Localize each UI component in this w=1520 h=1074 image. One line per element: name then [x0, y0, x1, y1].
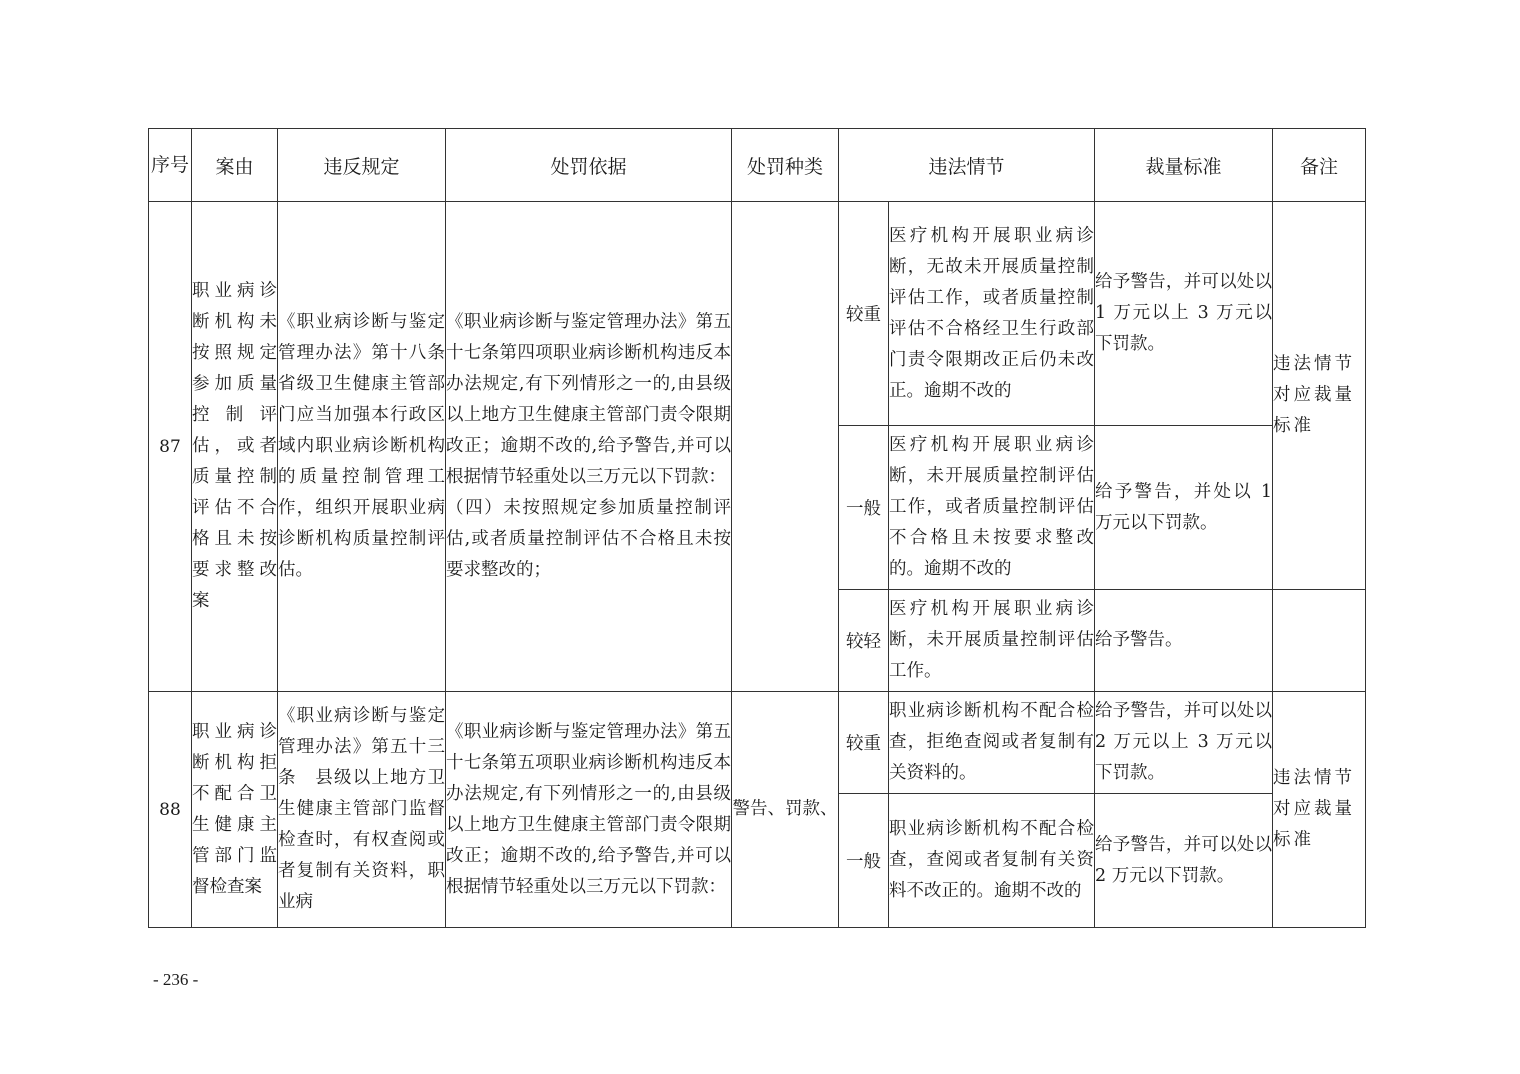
cause-cell: 职业病诊断机构拒不配合卫生健康主管部门监督检查案	[192, 692, 278, 928]
header-discretion-standard: 裁量标准	[1095, 129, 1273, 202]
circumstance-cell: 医疗机构开展职业病诊断，未开展质量控制评估工作，或者质量控制评估不合格且未按要求…	[889, 426, 1095, 590]
severity-level: 一般	[839, 426, 889, 590]
standard-cell: 给予警告，并处以 1 万元以下罚款。	[1095, 426, 1273, 590]
severity-level: 一般	[839, 794, 889, 928]
circumstance-cell: 职业病诊断机构不配合检查，拒绝查阅或者复制有关资料的。	[889, 692, 1095, 794]
standard-cell: 给予警告。	[1095, 590, 1273, 692]
header-penalty-type: 处罚种类	[732, 129, 839, 202]
header-penalty-basis: 处罚依据	[446, 129, 732, 202]
severity-level: 较重	[839, 692, 889, 794]
standard-cell: 给予警告，并可以处以 1 万元以上 3 万元以下罚款。	[1095, 202, 1273, 426]
circumstance-cell: 职业病诊断机构不配合检查，查阅或者复制有关资料不改正的。逾期不改的	[889, 794, 1095, 928]
circumstance-cell: 医疗机构开展职业病诊断，无故未开展质量控制评估工作，或者质量控制评估不合格经卫生…	[889, 202, 1095, 426]
standard-cell: 给予警告，并可以处以 2 万元以下罚款。	[1095, 794, 1273, 928]
remarks-cell: 违法情节对应裁量标准	[1273, 692, 1366, 928]
header-violated-rule: 违反规定	[278, 129, 446, 202]
remarks-cell: 违法情节对应裁量标准	[1273, 202, 1366, 590]
penalty-type-cell	[732, 202, 839, 692]
header-cause: 案由	[192, 129, 278, 202]
penalty-type-cell: 警告、罚款、	[732, 692, 839, 928]
header-remarks: 备注	[1273, 129, 1366, 202]
penalty-basis-cell: 《职业病诊断与鉴定管理办法》第五十七条第四项职业病诊断机构违反本办法规定,有下列…	[446, 202, 732, 692]
table-row: 87 职业病诊断机构未按照规定参加质量控制评估，或者质量控制评估不合格且未按要求…	[149, 202, 1366, 426]
header-circumstances: 违法情节	[839, 129, 1095, 202]
table-header-row: 序号 案由 违反规定 处罚依据 处罚种类 违法情节 裁量标准 备注	[149, 129, 1366, 202]
standard-cell: 给予警告，并可以处以 2 万元以上 3 万元以下罚款。	[1095, 692, 1273, 794]
table-row: 88 职业病诊断机构拒不配合卫生健康主管部门监督检查案 《职业病诊断与鉴定管理办…	[149, 692, 1366, 794]
seq-cell: 87	[149, 202, 192, 692]
header-seq: 序号	[149, 129, 192, 202]
violated-rule-cell: 《职业病诊断与鉴定管理办法》第十八条 省级卫生健康主管部门应当加强本行政区域内职…	[278, 202, 446, 692]
penalty-discretion-table: 序号 案由 违反规定 处罚依据 处罚种类 违法情节 裁量标准 备注 87 职业病…	[148, 128, 1366, 928]
seq-cell: 88	[149, 692, 192, 928]
cause-cell: 职业病诊断机构未按照规定参加质量控制评估，或者质量控制评估不合格且未按要求整改案	[192, 202, 278, 692]
circumstance-cell: 医疗机构开展职业病诊断，未开展质量控制评估工作。	[889, 590, 1095, 692]
violated-rule-cell: 《职业病诊断与鉴定管理办法》第五十三条 县级以上地方卫生健康主管部门监督检查时，…	[278, 692, 446, 928]
severity-level: 较重	[839, 202, 889, 426]
severity-level: 较轻	[839, 590, 889, 692]
penalty-basis-cell: 《职业病诊断与鉴定管理办法》第五十七条第五项职业病诊断机构违反本办法规定,有下列…	[446, 692, 732, 928]
page-number: - 236 -	[153, 970, 198, 990]
remarks-empty-cell	[1273, 590, 1366, 692]
